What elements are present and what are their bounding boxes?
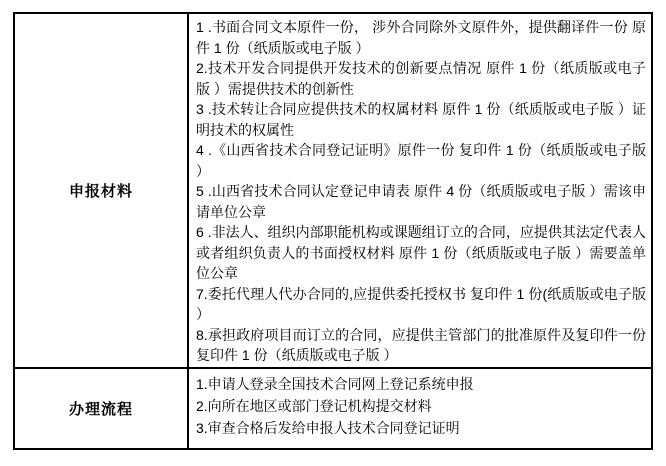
material-item: 3 .技术转让合同应提供技术的权属材料 原件 1 份（纸质版或电子版 ）证明技术… [196,99,646,140]
material-item: 6 .非法人、组织内部职能机构或课题组订立的合同，应提供其法定代表人或者组织负责… [196,222,646,284]
row-label: 申报材料 [69,180,133,201]
row-label: 办理流程 [69,398,133,419]
material-item: 2.技术开发合同提供开发技术的创新要点情况 原件 1 份（纸质版或电子版 ）需提… [196,58,646,99]
row-header-processing-flow: 办理流程 [15,369,189,448]
material-item: 1 .书面合同文本原件一份， 涉外合同除外文原件外，提供翻译件一份 原件 1 份… [196,17,646,58]
info-table: 申报材料 1 .书面合同文本原件一份， 涉外合同除外文原件外，提供翻译件一份 原… [13,12,653,450]
material-item: 4 .《山西省技术合同登记证明》原件一份 复印件 1 份（纸质版或电子版 ） [196,140,646,181]
process-step: 2.向所在地区或部门登记机构提交材料 [196,395,646,417]
processing-flow-content: 1.申请人登录全国技术合同网上登记系统申报 2.向所在地区或部门登记机构提交材料… [189,369,651,448]
application-materials-content: 1 .书面合同文本原件一份， 涉外合同除外文原件外，提供翻译件一份 原件 1 份… [189,14,651,369]
process-step: 1.申请人登录全国技术合同网上登记系统申报 [196,373,646,395]
material-item: 7.委托代理人代办合同的,应提供委托授权书 复印件 1 份(纸质版或电子版 ） [196,284,646,325]
material-item: 5 .山西省技术合同认定登记申请表 原件 4 份（纸质版或电子版 ）需该申请单位… [196,181,646,222]
page: 申报材料 1 .书面合同文本原件一份， 涉外合同除外文原件外，提供翻译件一份 原… [0,0,666,466]
material-item: 8.承担政府项目而订立的合同，应提供主管部门的批准原件及复印件一份 复印件 1 … [196,325,646,366]
row-header-application-materials: 申报材料 [15,14,189,369]
process-step: 3.审查合格后发给申报人技术合同登记证明 [196,417,646,439]
